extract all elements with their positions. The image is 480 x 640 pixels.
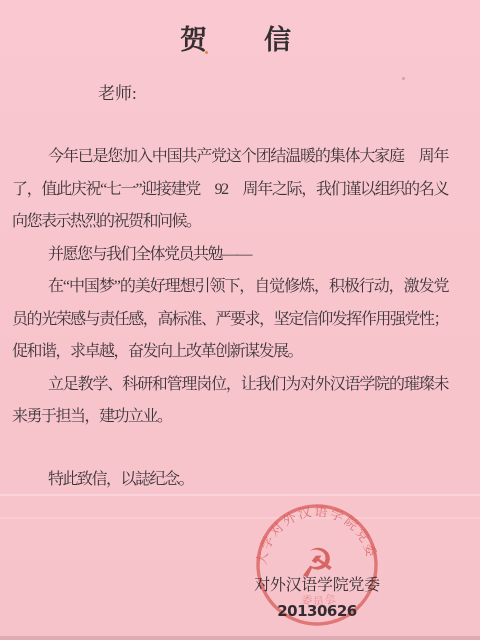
paragraph-3: 在“中国梦”的美好理想引领下，自觉修炼，积极行动，激发党员的光荣感与责任感，高标… [12, 271, 448, 369]
signature-date: 20130626 [254, 602, 380, 620]
salutation: 老师: [98, 79, 137, 104]
signature-org: 对外汉语学院党委 [254, 572, 380, 595]
signature-block: 对外汉语学院党委 20130626 [254, 572, 380, 620]
scan-speck [402, 77, 405, 80]
paragraph-1: 今年已是您加入中国共产党这个团结温暖的集体大家庭 周年了，值此庆祝“七一”迎接建… [12, 141, 448, 239]
scanned-letter-page: 贺 信 老师: 今年已是您加入中国共产党这个团结温暖的集体大家庭 周年了，值此庆… [0, 0, 480, 640]
paragraph-2: 并愿您与我们全体党员共勉—— [12, 239, 448, 272]
closing-line: 特此致信，以誌纪念。 [12, 464, 448, 497]
scan-edge-shadow [0, 636, 480, 640]
letter-title: 贺 信 [0, 18, 476, 57]
scan-speck [205, 51, 208, 54]
scan-crease-line [0, 517, 480, 519]
paragraph-4: 立足教学、科研和管理岗位，让我们为对外汉语学院的璀璨未来勇于担当，建功立业。 [12, 369, 448, 434]
letter-body: 今年已是您加入中国共产党这个团结温暖的集体大家庭 周年了，值此庆祝“七一”迎接建… [12, 141, 448, 496]
